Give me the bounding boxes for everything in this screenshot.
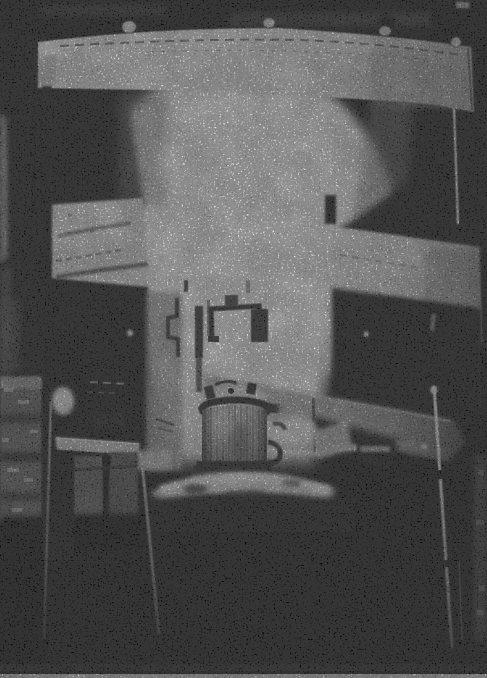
photograph xyxy=(0,0,487,678)
film-grain xyxy=(0,0,487,678)
screenshot-canvas xyxy=(0,0,487,678)
photo-svg xyxy=(0,0,487,678)
